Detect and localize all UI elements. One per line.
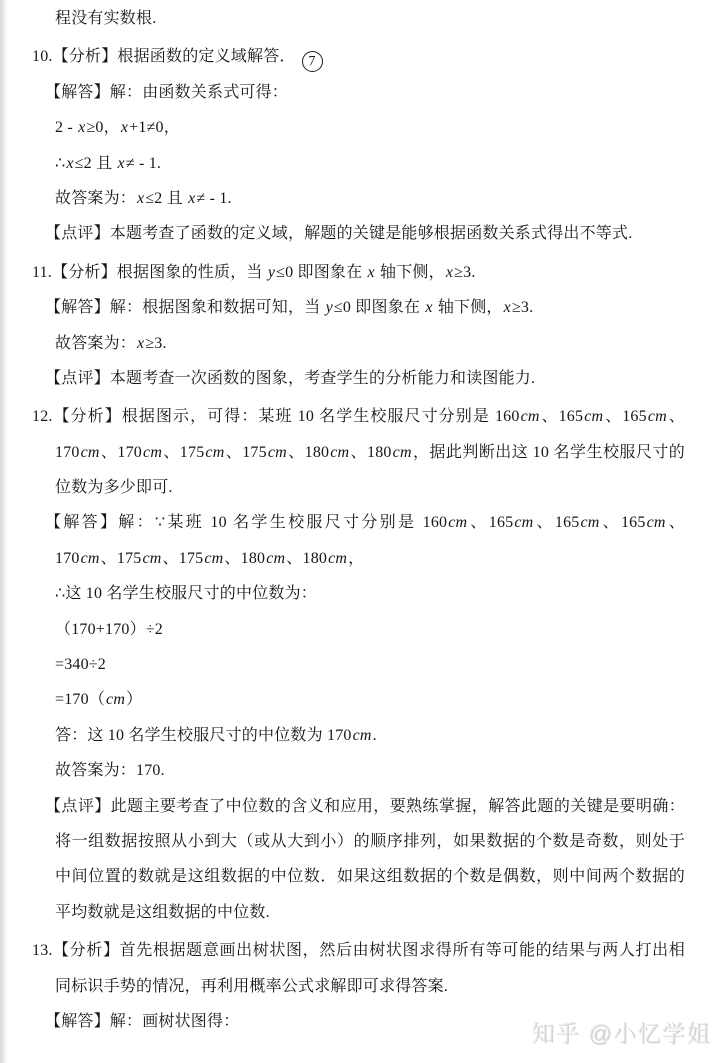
paragraph-line: 【点评】本题考查了函数的定义域，解题的关键是能够根据函数关系式得出不等式. <box>45 216 685 251</box>
text-run: 【点评】本题考查了函数的定义域，解题的关键是能够根据函数关系式得出不等式. <box>45 225 632 242</box>
math-variable: cm <box>447 514 468 531</box>
paragraph-line: =340÷2 <box>55 647 685 682</box>
paragraph-line: 【解答】解：根据图象和数据可知，当 y≤0 即图象在 x 轴下侧，x≥3. <box>45 290 685 325</box>
text-run: ∴这 10 名学生校服尺寸的中位数为： <box>55 585 317 602</box>
math-variable: cm <box>204 444 225 461</box>
text-run: 、165 <box>541 408 584 425</box>
math-variable: cm <box>513 514 534 531</box>
paragraph-line: 【点评】本题考查一次函数的图象，考查学生的分析能力和读图能力. <box>45 361 685 396</box>
math-variable: cm <box>579 514 600 531</box>
math-variable: cm <box>141 550 162 567</box>
text-run: ≤0 即图象在 <box>276 264 366 281</box>
text-run: 、180 <box>224 550 265 567</box>
text-run: 【点评】此题主要考查了中位数的含义和应用，要熟练掌握，解答此题的关键是要明确： <box>45 798 685 815</box>
text-run: 、165 <box>601 514 646 531</box>
math-variable: cm <box>392 444 413 461</box>
paragraph-line: 故答案为：x≥3. <box>55 326 685 361</box>
math-variable: x <box>424 299 433 316</box>
text-run: . <box>373 727 377 744</box>
paragraph-line: 将一组数据按照从小到大（或从大到小）的顺序排列，如果数据的个数是奇数，则处于 <box>55 824 685 859</box>
math-variable: cm <box>352 727 373 744</box>
text-run: 、170 <box>101 444 142 461</box>
text-run: 轴下侧， <box>434 299 503 316</box>
math-variable: cm <box>80 550 101 567</box>
paragraph-line: ∴x≤2 且 x≠ - 1. <box>55 146 685 181</box>
paragraph-line: 170cm、175cm、175cm、180cm、180cm， <box>55 541 685 576</box>
text-run: ≠ - 1. <box>126 155 161 172</box>
text-run: ≥0， <box>86 119 119 136</box>
paragraph-line: 【点评】此题主要考查了中位数的含义和应用，要熟练掌握，解答此题的关键是要明确： <box>45 789 685 824</box>
text-run: 、165 <box>468 514 513 531</box>
paragraph-line: 13.【分析】首先根据题意画出树状图，然后由树状图求得所有等可能的结果与两人打出… <box>32 933 685 968</box>
text-run: 、165 <box>534 514 579 531</box>
text-run: 、180 <box>286 550 327 567</box>
paragraph-line: =170（cm） <box>55 682 685 717</box>
text-run: 轴下侧， <box>376 264 445 281</box>
text-run: 程没有实数根. <box>55 10 156 27</box>
text-run: 170 <box>55 444 80 461</box>
math-variable: cm <box>265 550 286 567</box>
paragraph-line: 位数为多少即可. <box>55 470 685 505</box>
paragraph-line: 程没有实数根. <box>55 1 685 36</box>
text-run: ≤2 且 <box>75 155 117 172</box>
text-run: 12.【分析】根据图示，可得：某班 10 名学生校服尺寸分别是 160 <box>32 408 520 425</box>
text-run: ≥3. <box>145 335 166 352</box>
text-run: 中间位置的数就是这组数据的中位数．如果这组数据的个数是偶数，则中间两个数据的 <box>55 868 685 885</box>
math-variable: y <box>325 299 334 316</box>
text-run: 【解答】解：由函数关系式可得： <box>45 84 288 101</box>
math-variable: x <box>120 119 129 136</box>
text-run: 【解答】解：∵某班 10 名学生校服尺寸分别是 160 <box>45 514 447 531</box>
text-run: 故答案为：170. <box>55 762 165 779</box>
text-run: 位数为多少即可. <box>55 479 173 496</box>
math-variable: cm <box>647 408 668 425</box>
math-variable: cm <box>203 550 224 567</box>
paragraph-line: 中间位置的数就是这组数据的中位数．如果这组数据的个数是偶数，则中间两个数据的 <box>55 859 685 894</box>
paragraph-line: 11.【分析】根据图象的性质，当 y≤0 即图象在 x 轴下侧，x≥3. <box>32 255 685 290</box>
math-variable: x <box>367 264 376 281</box>
text-run: 、180 <box>350 444 391 461</box>
paragraph-line: 故答案为：x≤2 且 x≠ - 1. <box>55 181 685 216</box>
paragraph-line: 平均数就是这组数据的中位数. <box>55 895 685 930</box>
math-variable: cm <box>583 408 604 425</box>
text-run: 故答案为： <box>55 190 136 207</box>
text-run: =170（ <box>55 691 105 708</box>
text-run: 11.【分析】根据图象的性质，当 <box>32 264 267 281</box>
paragraph-line: 同标识手势的情况，再利用概率公式求解即可求得答案. <box>55 969 685 1004</box>
text-run: 10.【分析】根据函数的定义域解答． <box>32 48 296 65</box>
math-variable: x <box>136 335 145 352</box>
math-variable: x <box>445 264 454 281</box>
text-run: +1≠0， <box>129 119 180 136</box>
text-run: 答：这 10 名学生校服尺寸的中位数为 170 <box>55 727 352 744</box>
text-run: 、175 <box>163 550 204 567</box>
document-content: 程没有实数根.10.【分析】根据函数的定义域解答．7【解答】解：由函数关系式可得… <box>55 1 685 1039</box>
paragraph-line: 故答案为：170. <box>55 753 685 788</box>
paragraph-line: （170+170）÷2 <box>55 612 685 647</box>
watermark: 知乎 @小忆学姐 <box>532 1016 712 1049</box>
circled-number-badge: 7 <box>302 51 323 72</box>
text-run: 、175 <box>225 444 266 461</box>
text-run: 、165 <box>604 408 647 425</box>
text-run: 【解答】解：根据图象和数据可知，当 <box>45 299 325 316</box>
paragraph-line: ∴这 10 名学生校服尺寸的中位数为： <box>55 576 685 611</box>
text-run: 故答案为： <box>55 335 136 352</box>
text-run: ≤2 且 <box>145 190 187 207</box>
math-variable: cm <box>329 444 350 461</box>
paragraph-line: 170cm、170cm、175cm、175cm、180cm、180cm，据此判断… <box>55 435 685 470</box>
text-run: =340÷2 <box>55 656 106 673</box>
text-run: 2 - <box>55 119 77 136</box>
text-run: ， <box>348 550 364 567</box>
text-run: 同标识手势的情况，再利用概率公式求解即可求得答案. <box>55 978 448 995</box>
math-variable: cm <box>520 408 541 425</box>
math-variable: cm <box>646 514 667 531</box>
math-variable: cm <box>105 691 126 708</box>
text-run: 、175 <box>101 550 142 567</box>
paragraph-line: 10.【分析】根据函数的定义域解答．7 <box>32 39 685 74</box>
math-variable: cm <box>142 444 163 461</box>
text-run: ≥3. <box>512 299 533 316</box>
math-variable: y <box>267 264 276 281</box>
math-variable: x <box>117 155 126 172</box>
math-variable: x <box>503 299 512 316</box>
text-run: （170+170）÷2 <box>55 621 163 638</box>
paragraph-line: 答：这 10 名学生校服尺寸的中位数为 170cm. <box>55 718 685 753</box>
text-run: ≥3. <box>454 264 475 281</box>
scan-edge-shadow <box>0 0 7 1063</box>
text-run: 170 <box>55 550 80 567</box>
text-run: 【解答】解：画树状图得： <box>45 1013 239 1030</box>
paragraph-line: 【解答】解：∵某班 10 名学生校服尺寸分别是 160cm、165cm、165c… <box>45 505 685 540</box>
text-run: 【点评】本题考查一次函数的图象，考查学生的分析能力和读图能力. <box>45 370 535 387</box>
math-variable: cm <box>80 444 101 461</box>
text-run: 、180 <box>288 444 329 461</box>
text-run: 将一组数据按照从小到大（或从大到小）的顺序排列，如果数据的个数是奇数，则处于 <box>55 833 685 850</box>
text-run: ≠ - 1. <box>196 190 231 207</box>
text-run: 平均数就是这组数据的中位数. <box>55 904 270 921</box>
paragraph-line: 2 - x≥0，x+1≠0， <box>55 110 685 145</box>
math-variable: x <box>65 155 74 172</box>
paragraph-line: 【解答】解：由函数关系式可得： <box>45 75 685 110</box>
text-run: ∴ <box>55 155 65 172</box>
math-variable: cm <box>267 444 288 461</box>
text-run: 13.【分析】首先根据题意画出树状图，然后由树状图求得所有等可能的结果与两人打出… <box>32 942 685 959</box>
paragraph-line: 12.【分析】根据图示，可得：某班 10 名学生校服尺寸分别是 160cm、16… <box>32 399 685 434</box>
text-run: 、175 <box>163 444 204 461</box>
text-run: ≤0 即图象在 <box>334 299 424 316</box>
math-variable: cm <box>327 550 348 567</box>
document-page: 程没有实数根.10.【分析】根据函数的定义域解答．7【解答】解：由函数关系式可得… <box>0 0 720 1063</box>
math-variable: x <box>136 190 145 207</box>
text-run: ） <box>126 691 142 708</box>
